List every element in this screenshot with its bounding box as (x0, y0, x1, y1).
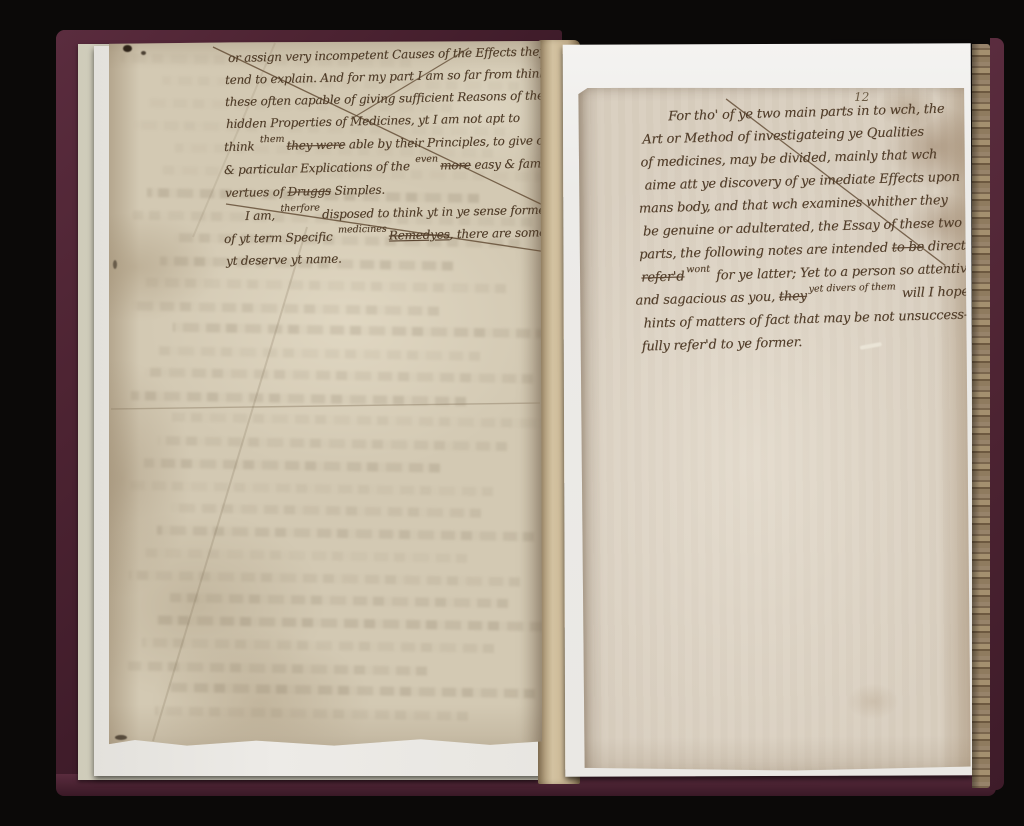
handwriting-segment: and sagacious as you, (635, 290, 779, 309)
handwritten-line: and sagacious as you, theyyet divers of … (635, 282, 1024, 308)
handwritten-line: & particular Explications of the evenmor… (224, 156, 549, 177)
right-manuscript-page: 12 For tho' of ye two main parts in to w… (576, 85, 971, 772)
handwritten-line: or assign very incompetent Causes of the… (228, 44, 546, 65)
handwriting-insert-segment: therfore (280, 202, 320, 214)
handwriting-insert-segment: wont (686, 264, 710, 276)
handwritten-line: of medicines, may be divided, mainly tha… (640, 147, 937, 170)
handwritten-line: fully refer'd to ye former. (642, 335, 803, 354)
handwritten-line: parts, the following notes are intended … (639, 238, 977, 262)
handwriting-struck-segment: they (779, 289, 807, 305)
handwriting-segment: think (224, 139, 258, 154)
handwriting-segment: & particular Explications of the (224, 159, 414, 177)
handwritten-line: Art or Method of investigateing ye Quali… (642, 125, 924, 148)
handwriting-insert-segment: even (415, 154, 438, 165)
handwriting-insert-segment: medicines (338, 224, 387, 236)
page-stack-edge (972, 44, 990, 788)
handwriting-segment: or assign very incompetent Causes of the… (228, 44, 546, 65)
right-page-text: For tho' of ye two main parts in to wch,… (576, 85, 971, 772)
handwritten-line: be genuine or adulterated, the Essay of … (643, 216, 962, 240)
handwriting-struck-segment: they were (286, 137, 345, 152)
handwritten-line: hints of matters of fact that may be not… (643, 307, 968, 331)
handwriting-segment: I am, (245, 208, 279, 223)
handwritten-line: hidden Properties of Medicines, yt I am … (226, 111, 520, 131)
handwritten-line: refer'dwont for ye latter; Yet to a pers… (641, 261, 975, 285)
handwriting-segment: Simples. (331, 183, 385, 198)
handwriting-segment: be genuine or adulterated, the Essay of … (643, 216, 962, 240)
handwriting-segment: mans body, and that wch examines whither… (639, 193, 948, 217)
handwriting-segment: these often capable of giving sufficient… (225, 88, 555, 109)
handwritten-line: these often capable of giving sufficient… (225, 88, 555, 109)
handwritten-line: For tho' of ye two main parts in to wch,… (668, 102, 945, 125)
handwriting-segment: able by their Principles, to give cle (345, 133, 553, 151)
book-cover-right-edge (990, 38, 1004, 790)
handwriting-segment: easy & fami- (471, 156, 549, 172)
handwriting-segment: Art or Method of investigateing ye Quali… (642, 125, 924, 148)
handwritten-line: think themthey were able by their Princi… (224, 133, 554, 154)
handwriting-segment: hints of matters of fact that may be not… (643, 307, 968, 331)
handwritten-line: aime att ye discovery of ye imediate Eff… (644, 170, 959, 194)
handwriting-segment: tend to explain. And for my part I am so… (225, 66, 547, 87)
handwritten-line: yt deserve yt name. (226, 252, 342, 268)
handwritten-line: mans body, and that wch examines whither… (639, 193, 948, 217)
handwriting-segment: vertues of (225, 185, 288, 200)
left-page-text: or assign very incompetent Causes of the… (109, 41, 542, 747)
handwriting-segment: for ye latter; Yet to a person so attent… (712, 261, 975, 283)
handwriting-struck-segment: to be (892, 240, 925, 256)
handwriting-struck-segment: Druggs (287, 184, 331, 199)
handwriting-segment: hidden Properties of Medicines, yt I am … (226, 111, 520, 131)
handwriting-segment: of medicines, may be divided, mainly tha… (640, 147, 937, 170)
handwriting-struck-segment: more (440, 158, 471, 173)
handwriting-struck-segment: refer'd (641, 269, 685, 285)
handwriting-segment: yt deserve yt name. (226, 252, 342, 268)
handwriting-insert-segment: yet divers of them (808, 281, 895, 294)
handwriting-segment: For tho' of ye two main parts in to wch,… (668, 102, 945, 125)
handwriting-struck-segment: Remedyes (389, 227, 450, 242)
handwritten-line: vertues of Druggs Simples. (225, 183, 385, 200)
left-manuscript-page: or assign very incompetent Causes of the… (109, 41, 542, 747)
handwriting-insert-segment: them (260, 134, 285, 146)
handwriting-segment: of yt term Specific (224, 230, 336, 246)
handwriting-segment: fully refer'd to ye former. (642, 335, 803, 354)
handwriting-segment: aime att ye discovery of ye imediate Eff… (644, 170, 959, 194)
handwriting-segment: parts, the following notes are intended (639, 241, 892, 263)
manuscript-photograph: or assign very incompetent Causes of the… (0, 0, 1024, 826)
book-cover-left-edge (56, 30, 80, 792)
handwriting-segment: will I hope afford both (898, 282, 1024, 301)
handwritten-line: tend to explain. And for my part I am so… (225, 66, 547, 87)
